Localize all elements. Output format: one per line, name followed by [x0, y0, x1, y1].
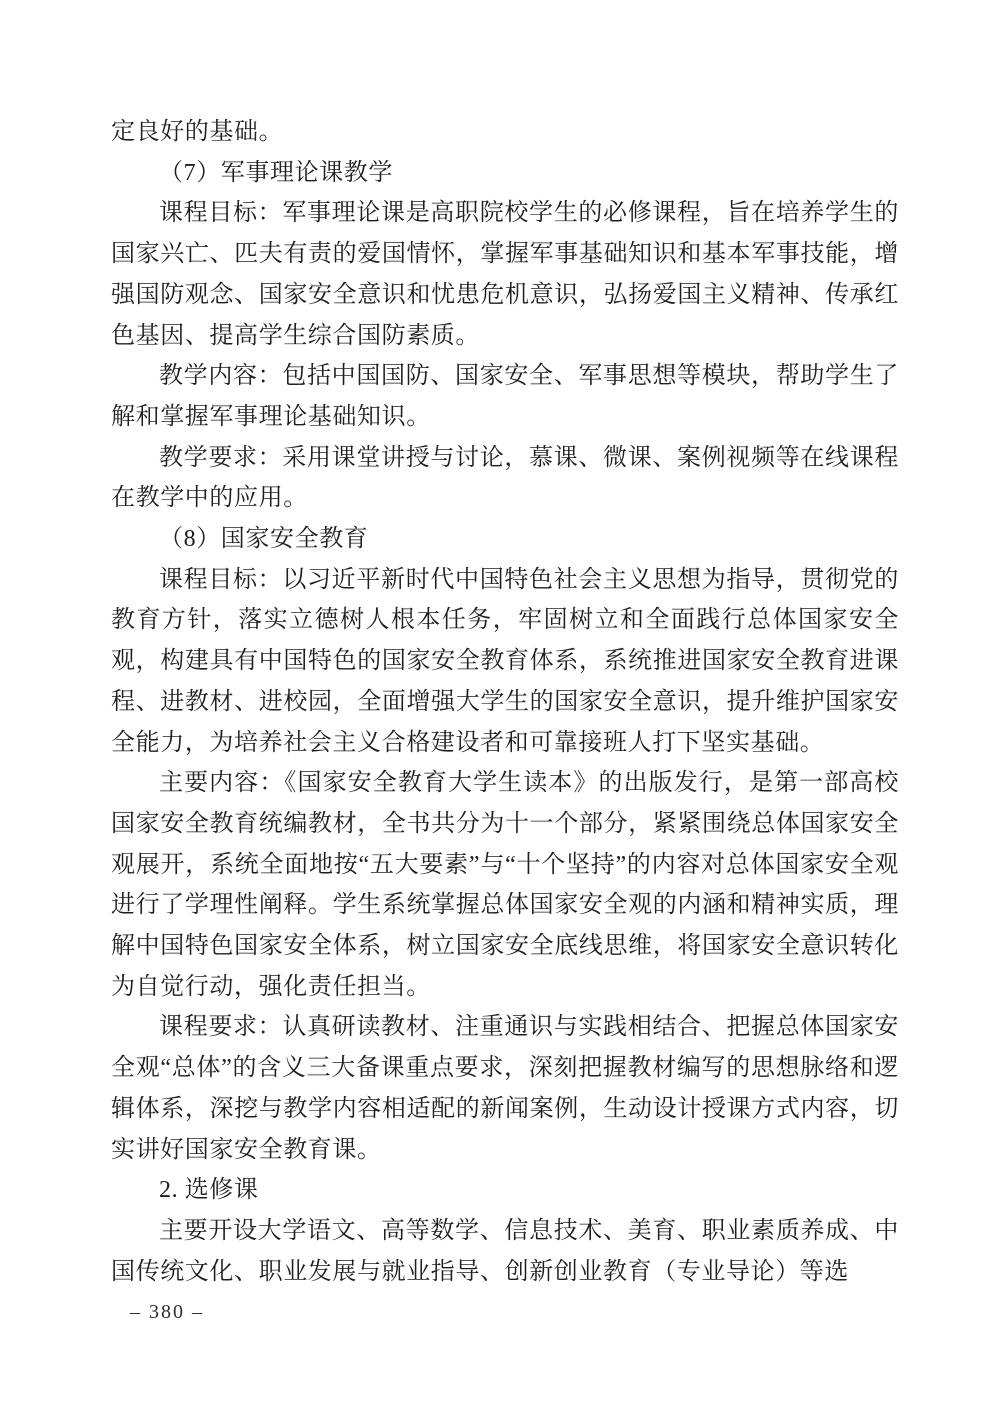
- paragraph-electives-intro: 主要开设大学语文、高等数学、信息技术、美育、职业素质养成、中国传统文化、职业发展…: [111, 1211, 899, 1292]
- paragraph-course-goal-security: 课程目标：以习近平新时代中国特色社会主义思想为指导，贯彻党的教育方针，落实立德树…: [111, 560, 899, 764]
- paragraph-main-content: 主要内容：《国家安全教育大学生读本》的出版发行，是第一部高校国家安全教育统编教材…: [111, 763, 899, 1007]
- heading-item-7: （7）军事理论课教学: [111, 153, 899, 194]
- paragraph-continuation: 定良好的基础。: [111, 112, 899, 153]
- document-page: 定良好的基础。 （7）军事理论课教学 课程目标：军事理论课是高职院校学生的必修课…: [0, 0, 1000, 1414]
- heading-electives: 2. 选修课: [111, 1170, 899, 1211]
- paragraph-course-requirements: 课程要求：认真研读教材、注重通识与实践相结合、把握总体国家安全观“总体”的含义三…: [111, 1007, 899, 1170]
- paragraph-teaching-requirements: 教学要求：采用课堂讲授与讨论，慕课、微课、案例视频等在线课程在教学中的应用。: [111, 438, 899, 519]
- paragraph-course-goal-military: 课程目标：军事理论课是高职院校学生的必修课程，旨在培养学生的国家兴亡、匹夫有责的…: [111, 193, 899, 356]
- paragraph-teaching-content: 教学内容：包括中国国防、国家安全、军事思想等模块，帮助学生了解和掌握军事理论基础…: [111, 356, 899, 437]
- page-number: – 380 –: [130, 1301, 204, 1324]
- heading-item-8: （8）国家安全教育: [111, 519, 899, 560]
- text-body: 定良好的基础。 （7）军事理论课教学 课程目标：军事理论课是高职院校学生的必修课…: [111, 112, 899, 1292]
